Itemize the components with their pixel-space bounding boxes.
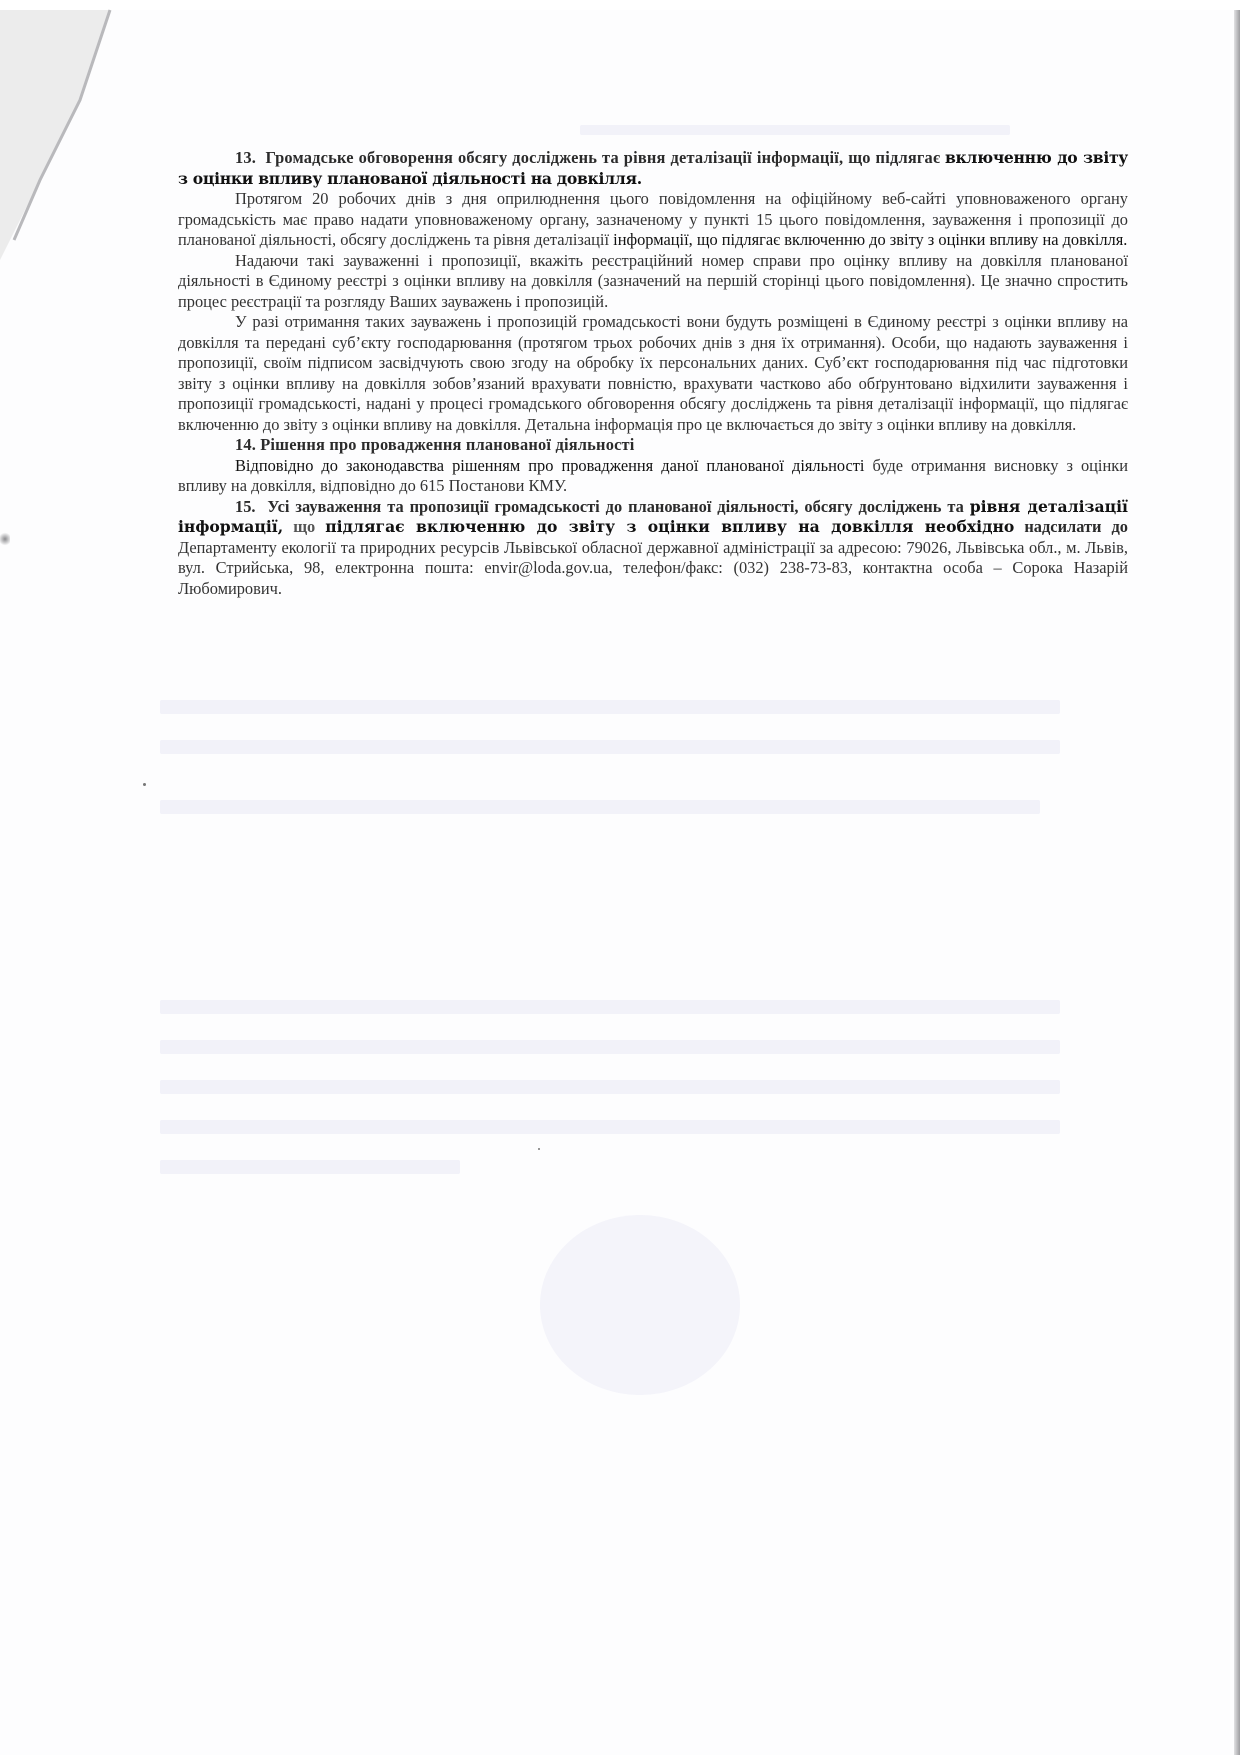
section-14-paragraph: Відповідно до законодавства рішенням про… [178,456,1128,497]
paragraph-text: У разі отримання таких зауважень і пропо… [178,312,1128,434]
show-through-block [160,800,1040,814]
margin-smudge [0,532,10,546]
show-through-block [160,1040,1060,1054]
scan-right-edge [1234,10,1240,1755]
show-through-block [160,1000,1060,1014]
section-15-number: 15. [235,497,256,516]
scanned-page: 13. Громадське обговорення обсягу дослід… [0,0,1240,1755]
section-14-number: 14. [235,435,256,454]
section-13-heading: 13. Громадське обговорення обсягу дослід… [178,148,1128,189]
section-15-title-line1: Усі зауваження та пропозиції громадськос… [267,497,963,516]
show-through-stamp [540,1215,740,1395]
section-14-title: Рішення про провадження планованої діяль… [260,435,634,454]
section-15-paragraph: 15. Усі зауваження та пропозиції громадс… [178,497,1128,600]
section-13-title-line1: Громадське обговорення обсягу досліджень… [266,148,941,167]
section-14-heading: 14. Рішення про провадження планованої д… [178,435,1128,456]
section-13-paragraph-2: Надаючи такі зауваженні і пропозиції, вк… [178,251,1128,313]
section-15-title-part3: що [293,517,315,536]
scan-top-margin [0,0,1240,10]
show-through-block [160,740,1060,754]
paragraph-text-dark: інформації, що підлягає включенню до зві… [613,230,1127,249]
show-through-block [160,1160,460,1174]
show-through-block [160,700,1060,714]
show-through-block [160,1080,1060,1094]
section-13-paragraph-3: У разі отримання таких зауважень і пропо… [178,312,1128,435]
document-body: 13. Громадське обговорення обсягу дослід… [178,148,1128,599]
section-13-number: 13. [235,148,256,167]
section-13-paragraph-1: Протягом 20 робочих днів з дня оприлюдне… [178,189,1128,251]
section-15-title-part4: підлягає включенню до звіту з оцінки впл… [325,517,1014,536]
section-15-contact-details: Департаменту екології та природних ресур… [178,538,1128,598]
paragraph-text-dark: Відповідно до законодавства рішенням про… [235,456,864,475]
show-through-block [160,1120,1060,1134]
margin-dot [143,783,146,786]
margin-dot [538,1148,540,1150]
show-through-block [580,125,1010,135]
section-15-title-part5: надсилати до [1024,517,1128,536]
paragraph-text: Надаючи такі зауваженні і пропозиції, вк… [178,251,1128,311]
